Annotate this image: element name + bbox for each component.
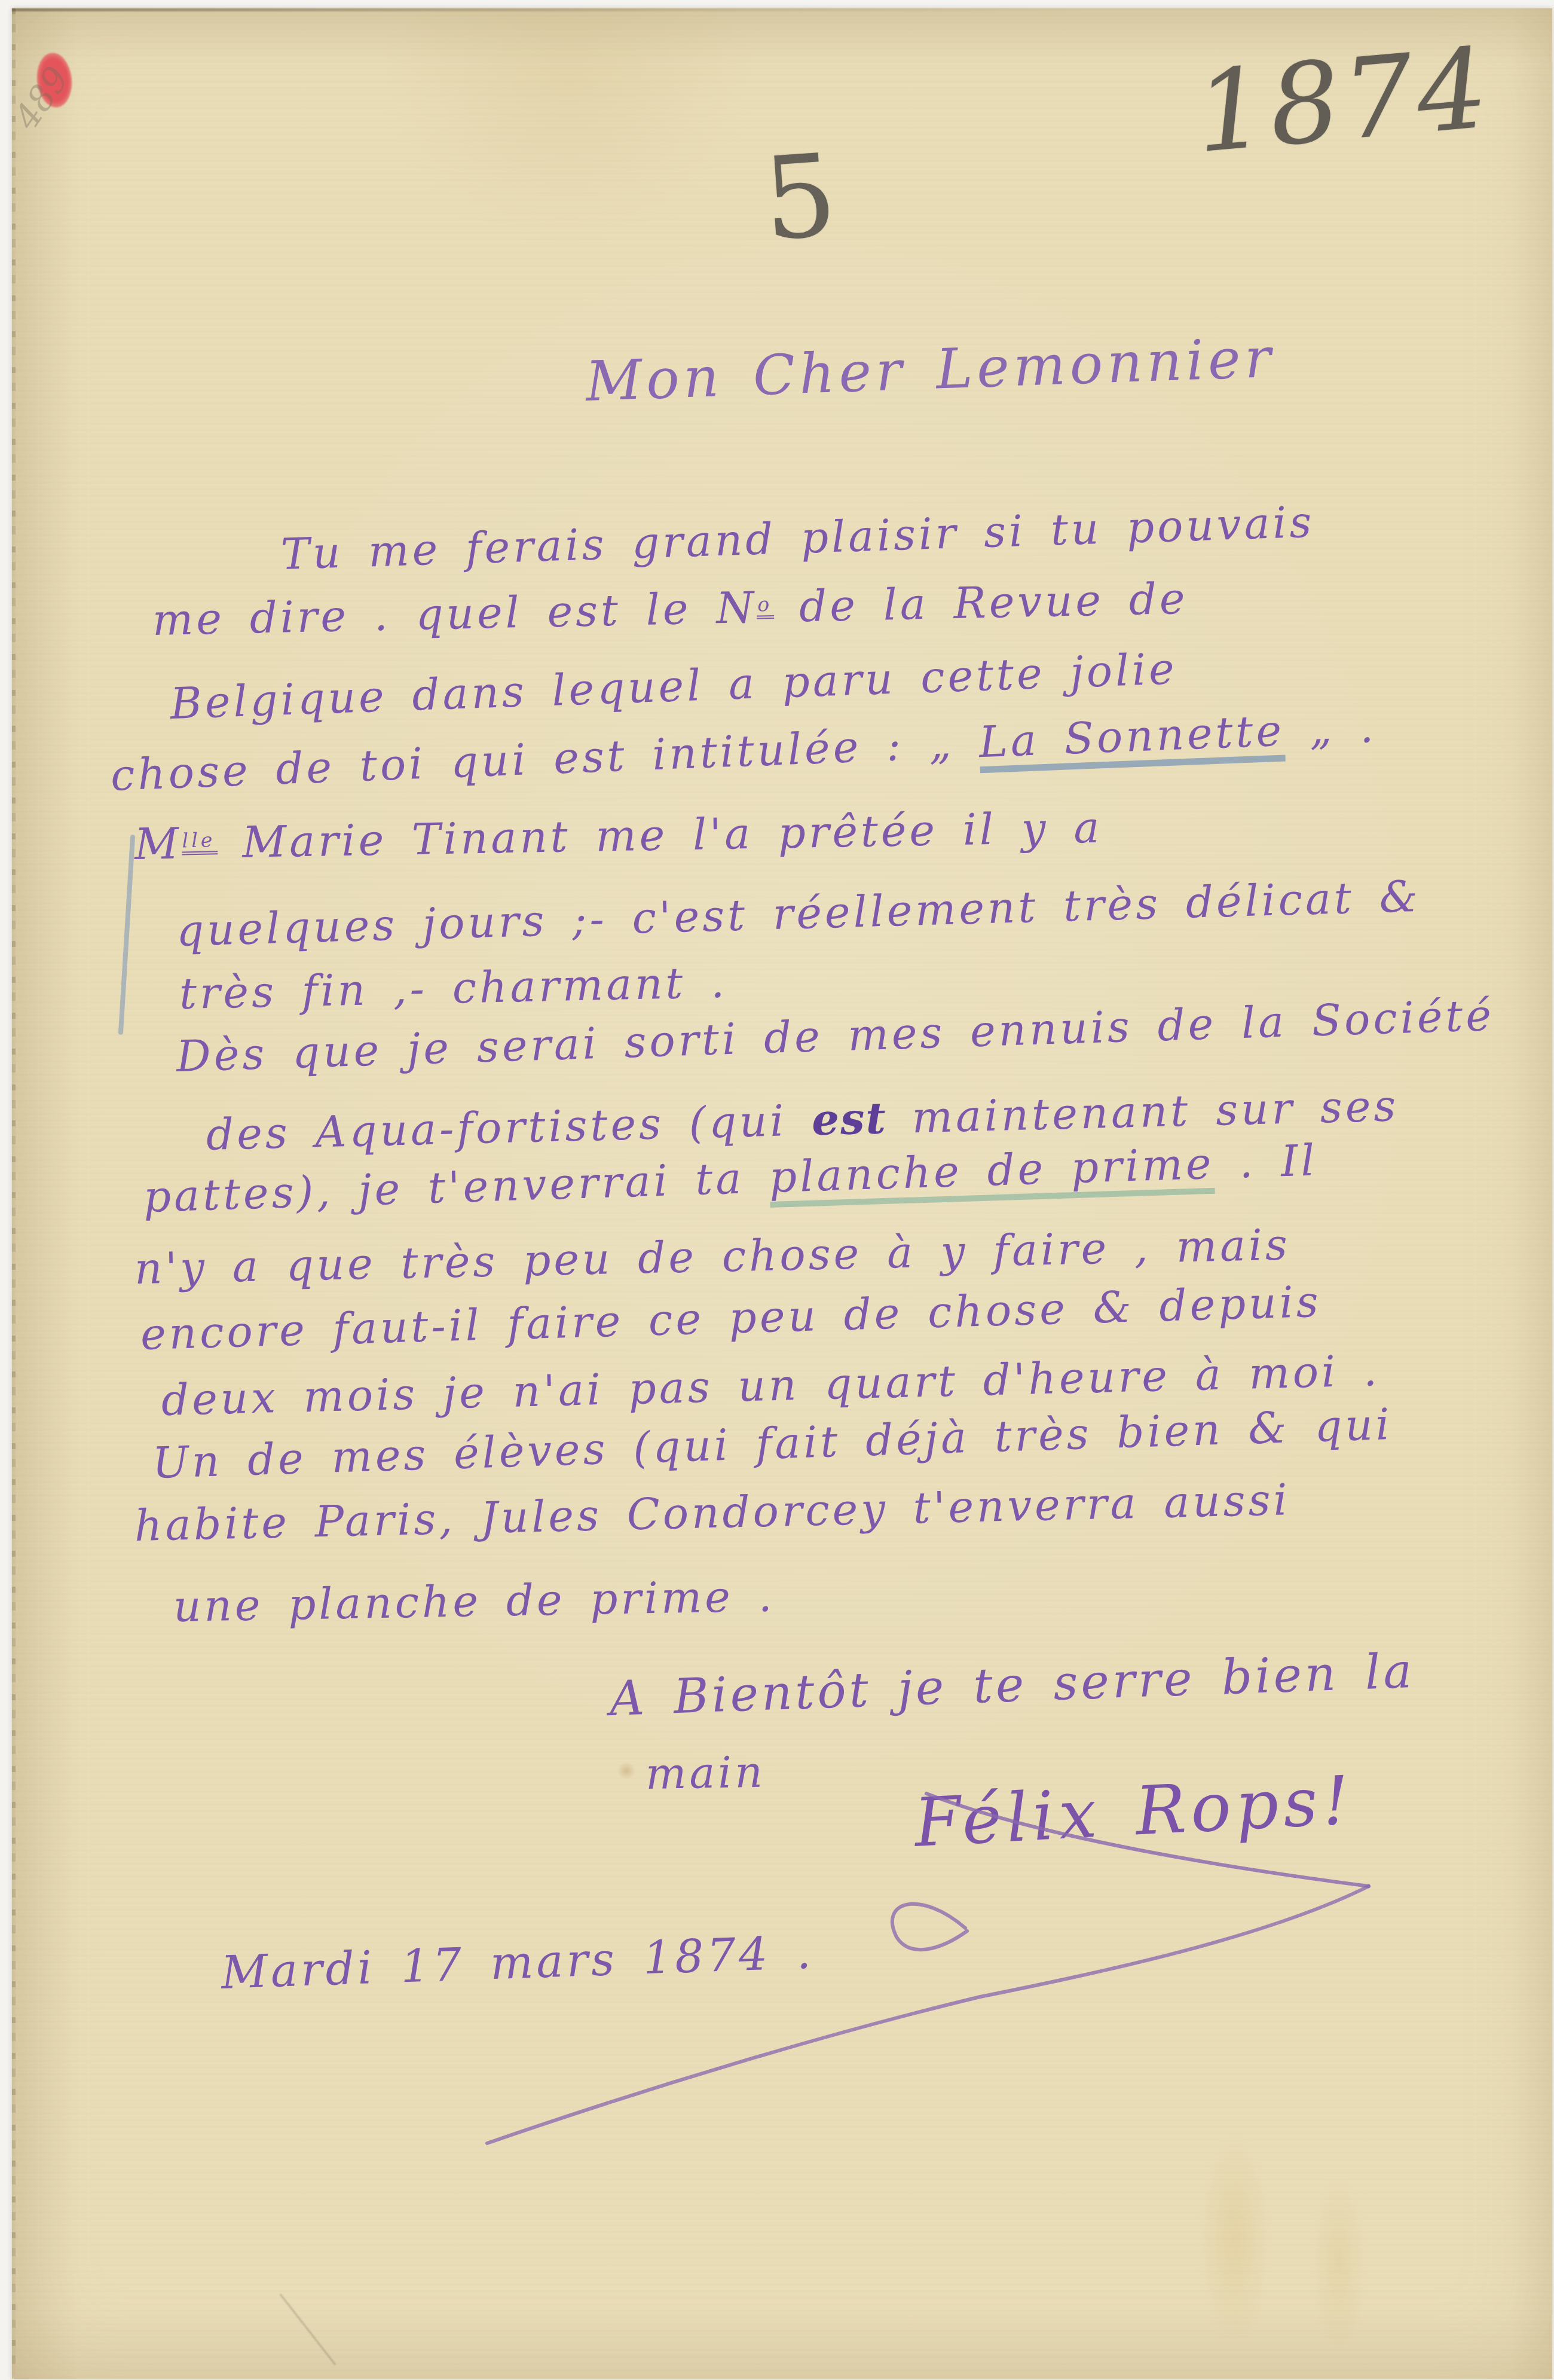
mademoiselle-abbreviation: Mlle [134, 818, 218, 869]
text-segment: . Il [1213, 1135, 1319, 1188]
text-segment: de la Revue de [773, 573, 1188, 632]
superscript-lle: lle [181, 830, 217, 855]
flourish-curl-stroke [892, 1904, 967, 1950]
body-line-16: une planche de prime . [173, 1571, 775, 1632]
paper-torn-edge [12, 8, 16, 2376]
flourish-tail-stroke [487, 1886, 1369, 2143]
superscript-o: o [757, 594, 775, 619]
revue-number-abbreviation: No [715, 582, 775, 633]
text-segment: N [715, 582, 757, 633]
flourish-underline-stroke [926, 1794, 1369, 1886]
paper-top-edge [12, 8, 1088, 11]
emphasized-est: est [811, 1092, 888, 1145]
page-number-annotation: 5 [759, 129, 840, 266]
text-segment: „ . [1283, 702, 1377, 756]
year-annotation: 1874 [1191, 23, 1497, 178]
text-segment: M [134, 818, 182, 869]
